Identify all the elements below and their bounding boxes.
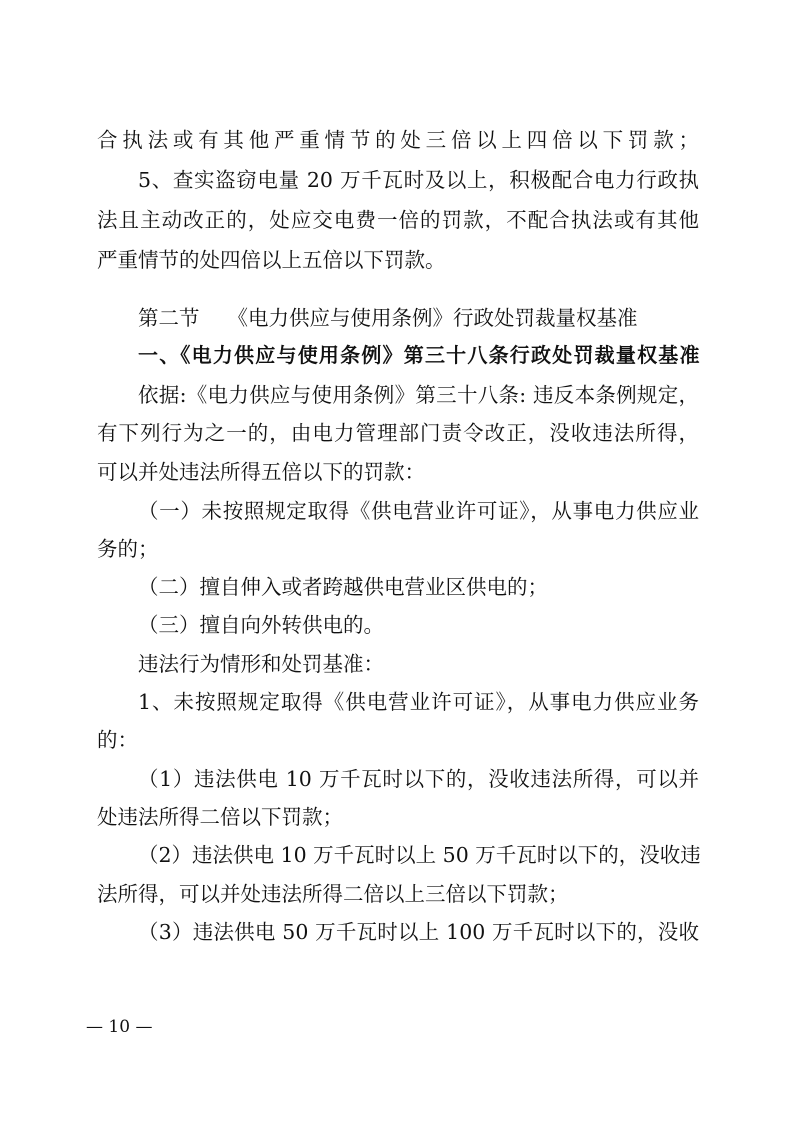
section-title-text: 《电力供应与使用条例》行政处罚裁量权基准 [228,306,638,330]
list-item: （一）未按照规定取得《供电营业许可证》，从事电力供应业 [138,497,699,525]
case-line: 的： [97,726,699,754]
article-heading: 一、《电力供应与使用条例》第三十八条行政处罚裁量权基准 [138,341,699,369]
paragraph-line: 合执法或有其他严重情节的处三倍以上四倍以下罚款； [97,126,699,154]
list-item: 务的； [97,535,699,563]
document-page: 合执法或有其他严重情节的处三倍以上四倍以下罚款； 5、查实盗窃电量 20 万千瓦… [0,0,793,1122]
case-line: 1、未按照规定取得《供电营业许可证》，从事电力供应业务 [138,688,699,716]
paragraph-line: 5、查实盗窃电量 20 万千瓦时及以上，积极配合电力行政执 [138,166,699,194]
sub-item: （2）违法供电 10 万千瓦时以上 50 万千瓦时以下的，没收违 [138,841,699,869]
basis-line: 可以并处违法所得五倍以下的罚款： [97,458,699,486]
page-number: — 10 — [86,1015,152,1039]
paragraph-line: 法且主动改正的，处应交电费一倍的罚款，不配合执法或有其他 [97,206,699,234]
section-title: 第二节《电力供应与使用条例》行政处罚裁量权基准 [138,304,638,332]
list-item: （二）擅自伸入或者跨越供电营业区供电的； [138,573,699,601]
sub-item: （3）违法供电 50 万千瓦时以上 100 万千瓦时以下的，没收 [138,918,699,946]
standards-label: 违法行为情形和处罚基准： [138,650,699,678]
paragraph-line: 严重情节的处四倍以上五倍以下罚款。 [97,246,699,274]
sub-item: 法所得，可以并处违法所得二倍以上三倍以下罚款； [97,880,699,908]
sub-item: 处违法所得二倍以下罚款； [97,803,699,831]
list-item: （三）擅自向外转供电的。 [138,611,699,639]
sub-item: （1）违法供电 10 万千瓦时以下的，没收违法所得，可以并 [138,765,699,793]
basis-line: 依据:《电力供应与使用条例》第三十八条: 违反本条例规定， [138,381,699,409]
basis-line: 有下列行为之一的，由电力管理部门责令改正，没收违法所得， [97,419,699,447]
section-label: 第二节 [138,306,200,330]
